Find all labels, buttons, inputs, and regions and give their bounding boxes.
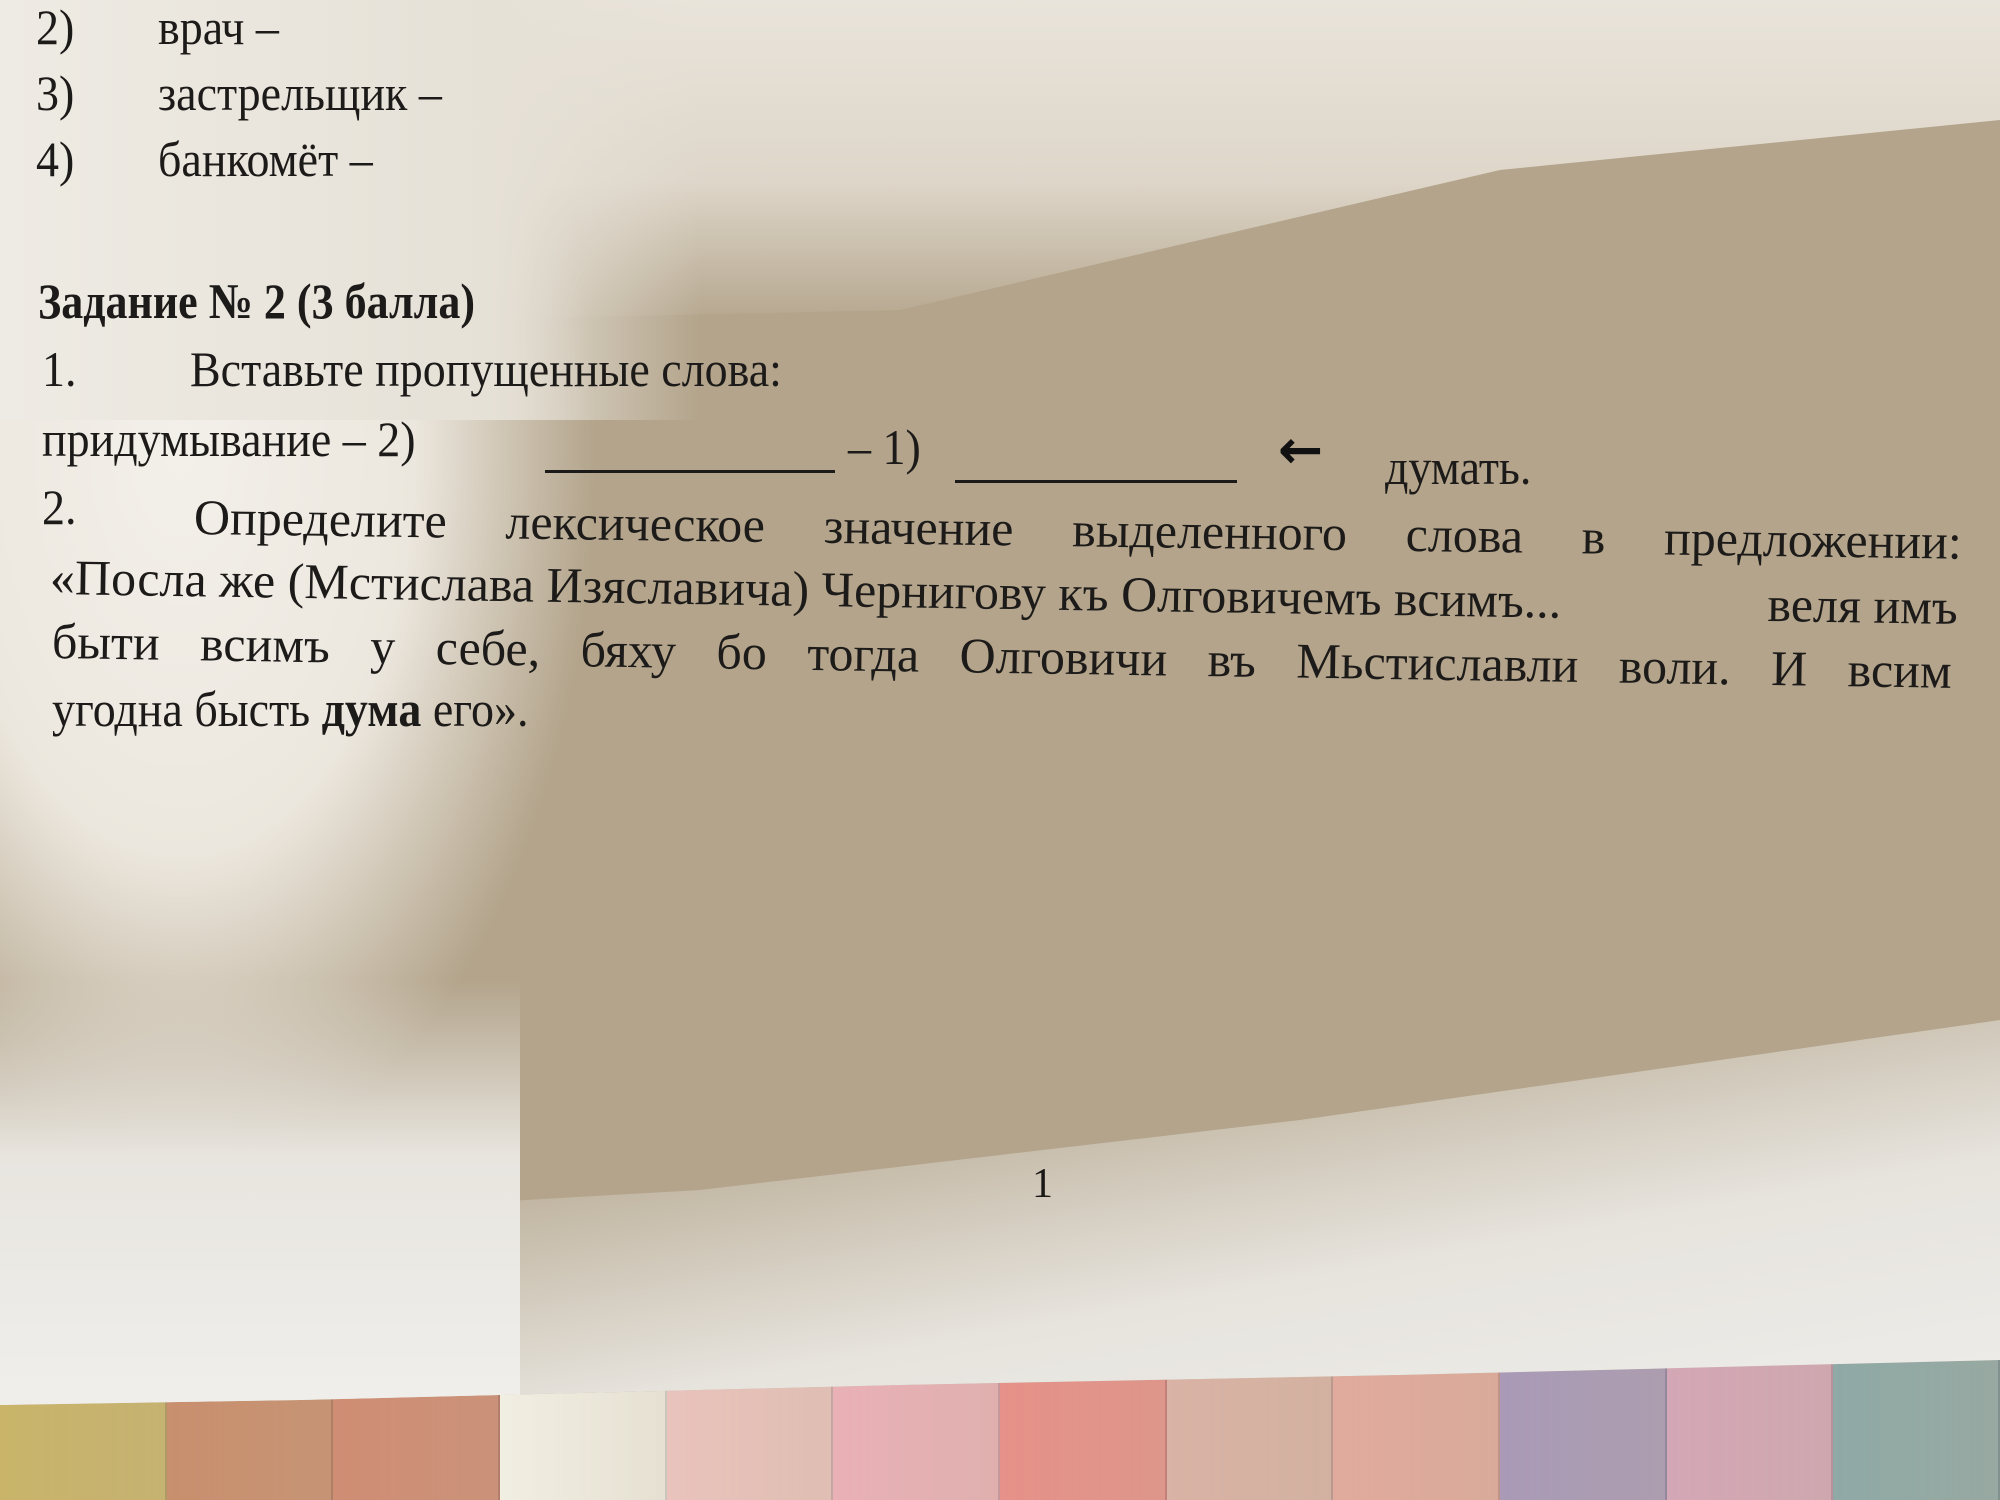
word: Мьстиславли xyxy=(1296,632,1579,694)
list-word: врач – xyxy=(158,0,279,56)
word: въ xyxy=(1207,630,1256,689)
item-number: 1. xyxy=(42,340,77,398)
fabric-stripe xyxy=(1667,1350,1834,1500)
word: бо xyxy=(716,622,767,681)
word: слова xyxy=(1405,505,1523,565)
word: Олговичи xyxy=(959,626,1167,687)
quote-text: его». xyxy=(421,681,528,737)
word: всим xyxy=(1847,640,1952,700)
word: И xyxy=(1771,639,1808,698)
task-heading: Задание № 2 (3 балла) xyxy=(38,272,475,330)
list-number: 3) xyxy=(36,64,74,122)
quote-text: веля имъ xyxy=(1767,575,1958,636)
list-word: застрельщик – xyxy=(158,64,442,122)
word-chain-mid: – 1) xyxy=(848,418,921,476)
quote-text: угодна бысть xyxy=(52,681,322,737)
page-number: 1 xyxy=(1032,1160,1053,1208)
word-chain-end: думать. xyxy=(1385,438,1531,496)
word: лексическое xyxy=(505,492,765,554)
word: себе, xyxy=(435,618,540,678)
item-instruction: Вставьте пропущенные слова: xyxy=(190,340,782,398)
word: тогда xyxy=(807,624,920,684)
word: всимъ xyxy=(200,614,331,674)
word: бяху xyxy=(580,620,676,679)
word: в xyxy=(1581,507,1605,565)
word-chain-start: придумывание – 2) xyxy=(42,410,416,468)
item-number: 2. xyxy=(42,478,77,536)
word: Определите xyxy=(194,488,448,550)
word: у xyxy=(370,617,396,675)
quote-line-3: угодна бысть дума его». xyxy=(52,680,528,738)
highlighted-word: дума xyxy=(322,681,422,737)
word: предложении: xyxy=(1664,509,1962,571)
word: значение xyxy=(823,497,1014,558)
list-number: 2) xyxy=(36,0,74,56)
light-patch xyxy=(0,980,520,1420)
answer-blank-1[interactable] xyxy=(955,480,1237,483)
list-word: банкомёт – xyxy=(158,130,373,188)
worksheet-paper: 2) врач – 3) застрельщик – 4) банкомёт –… xyxy=(0,0,2000,1500)
word: выделенного xyxy=(1072,500,1348,562)
fabric-stripe xyxy=(1500,1350,1667,1500)
arrow-left-icon: ← xyxy=(1278,418,1323,481)
word: быти xyxy=(52,612,161,672)
list-number: 4) xyxy=(36,130,74,188)
fabric-stripe xyxy=(1833,1350,2000,1500)
word: воли. xyxy=(1618,637,1731,697)
answer-blank-2[interactable] xyxy=(545,470,835,473)
